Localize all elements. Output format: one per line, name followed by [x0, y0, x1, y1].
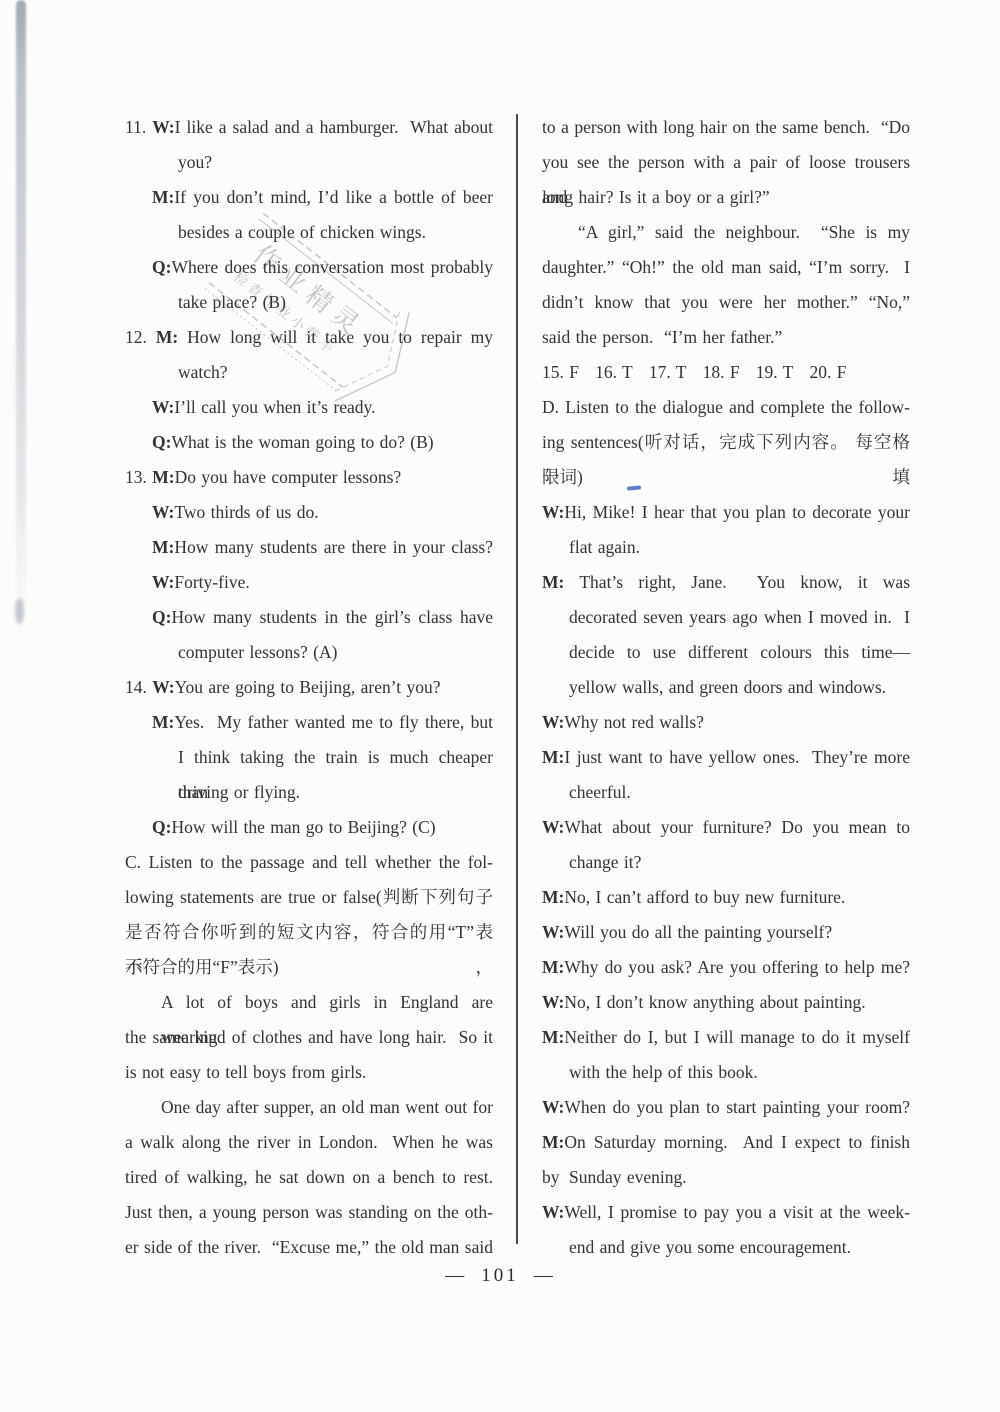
- line-text: Listen to the passage and tell whether t…: [149, 852, 493, 872]
- text-line: Q:How many students in the girl’s class …: [125, 600, 493, 635]
- text-line: to a person with long hair on the same b…: [542, 110, 910, 145]
- line-text: I just want to have yellow ones. They’re…: [564, 747, 910, 767]
- speaker-label: W:: [542, 502, 564, 522]
- text-line: W:No, I don’t know anything about painti…: [542, 985, 910, 1020]
- line-text: Will you do all the painting yourself?: [564, 922, 832, 942]
- line-text: How many students in the girl’s class ha…: [171, 607, 493, 627]
- line-text: One day after supper, an old man went ou…: [161, 1097, 493, 1117]
- text-line: 14. W:You are going to Beijing, aren’t y…: [125, 670, 493, 705]
- speaker-label: W:: [542, 992, 564, 1012]
- speaker-label: Q:: [152, 607, 171, 627]
- line-text: to a person with long hair on the same b…: [542, 117, 910, 137]
- text-line: Just then, a young person was standing o…: [125, 1195, 493, 1230]
- line-text: Listen to the dialogue and complete the …: [565, 397, 910, 417]
- line-text: Well, I promise to pay you a visit at th…: [564, 1202, 910, 1222]
- speaker-label: W:: [152, 572, 174, 592]
- text-line: take place? (B): [125, 285, 493, 320]
- text-line: M:Neither do I, but I will manage to do …: [542, 1020, 910, 1055]
- line-text: change it?: [569, 852, 641, 872]
- text-line: Q:How will the man go to Beijing? (C): [125, 810, 493, 845]
- line-text: end and give you some encouragement.: [569, 1237, 851, 1257]
- speaker-label: M:: [156, 327, 178, 347]
- line-text: No, I can’t afford to buy new furniture.: [564, 887, 845, 907]
- text-line: W:Why not red walls?: [542, 705, 910, 740]
- text-line: 15. F 16. T 17. T 18. F 19. T 20. F: [542, 355, 910, 390]
- text-line: tired of walking, he sat down on a bench…: [125, 1160, 493, 1195]
- item-number: 13.: [125, 467, 152, 487]
- footer-dash-left: —: [445, 1265, 466, 1286]
- line-text: with the help of this book.: [569, 1062, 758, 1082]
- line-text: is not easy to tell boys from girls.: [125, 1062, 366, 1082]
- text-line: M:Yes. My father wanted me to fly there,…: [125, 705, 493, 740]
- line-text: What is the woman going to do? (B): [171, 432, 433, 452]
- text-line: driving or flying.: [125, 775, 493, 810]
- speaker-label: M:: [542, 957, 564, 977]
- line-text: driving or flying.: [178, 782, 300, 802]
- text-line: “A girl,” said the neighbour. “She is my: [542, 215, 910, 250]
- text-line: 13. M:Do you have computer lessons?: [125, 460, 493, 495]
- line-text: said the person. “I’m her father.”: [542, 327, 782, 347]
- speaker-label: M:: [542, 1027, 564, 1047]
- text-line: didn’t know that you were her mother.” “…: [542, 285, 910, 320]
- line-text: decide to use different colours this tim…: [569, 642, 910, 662]
- text-line: M:Why do you ask? Are you offering to he…: [542, 950, 910, 985]
- speaker-label: W:: [542, 1097, 564, 1117]
- line-text: 一词): [542, 467, 583, 487]
- line-text: decorated seven years ago when I moved i…: [569, 607, 910, 627]
- text-line: M:How many students are there in your cl…: [125, 530, 493, 565]
- text-line: W:Well, I promise to pay you a visit at …: [542, 1195, 910, 1230]
- text-line: Q:What is the woman going to do? (B): [125, 425, 493, 460]
- text-line: M:I just want to have yellow ones. They’…: [542, 740, 910, 775]
- book-binding-shadow: [16, 0, 26, 620]
- text-line: I think taking the train is much cheaper…: [125, 740, 493, 775]
- line-text: Why not red walls?: [564, 712, 704, 732]
- text-line: decorated seven years ago when I moved i…: [542, 600, 910, 635]
- speaker-label: M:: [542, 1132, 564, 1152]
- text-line: C. Listen to the passage and tell whethe…: [125, 845, 493, 880]
- line-text: How will the man go to Beijing? (C): [171, 817, 435, 837]
- line-text: you?: [178, 152, 212, 172]
- text-line: you?: [125, 145, 493, 180]
- scanned-textbook-page: 作业精灵 检查作业小帮手 11. W:I like a salad and a …: [0, 0, 1000, 1412]
- text-line: W:I’ll call you when it’s ready.: [125, 390, 493, 425]
- text-line: daughter.” “Oh!” the old man said, “I’m …: [542, 250, 910, 285]
- text-line: you see the person with a pair of loose …: [542, 145, 910, 180]
- line-text: tired of walking, he sat down on a bench…: [125, 1167, 493, 1187]
- text-line: the same kind of clothes and have long h…: [125, 1020, 493, 1055]
- text-line: flat again.: [542, 530, 910, 565]
- speaker-label: Q:: [152, 817, 171, 837]
- speaker-label: M:: [152, 467, 174, 487]
- line-text: lowing statements are true or false(判断下列…: [125, 887, 493, 907]
- line-text: You are going to Beijing, aren’t you?: [175, 677, 441, 697]
- text-line: long hair? Is it a boy or a girl?”: [542, 180, 910, 215]
- line-text: Where does this conversation most probab…: [171, 257, 493, 277]
- speaker-label: W:: [152, 502, 174, 522]
- speaker-label: M:: [542, 887, 564, 907]
- line-text: didn’t know that you were her mother.” “…: [542, 292, 910, 312]
- line-text: Do you have computer lessons?: [175, 467, 402, 487]
- line-text: Two thirds of us do.: [174, 502, 318, 522]
- text-line: One day after supper, an old man went ou…: [125, 1090, 493, 1125]
- line-text: watch?: [178, 362, 228, 382]
- text-line: is not easy to tell boys from girls.: [125, 1055, 493, 1090]
- line-text: flat again.: [569, 537, 640, 557]
- text-line: W:Hi, Mike! I hear that you plan to deco…: [542, 495, 910, 530]
- text-line: change it?: [542, 845, 910, 880]
- line-text: No, I don’t know anything about painting…: [564, 992, 865, 1012]
- text-line: W:What about your furniture? Do you mean…: [542, 810, 910, 845]
- line-text: Just then, a young person was standing o…: [125, 1202, 493, 1222]
- text-line: computer lessons? (A): [125, 635, 493, 670]
- line-text: daughter.” “Oh!” the old man said, “I’m …: [542, 257, 910, 277]
- text-line: a walk along the river in London. When h…: [125, 1125, 493, 1160]
- text-line: lowing statements are true or false(判断下列…: [125, 880, 493, 915]
- line-text: I like a salad and a hamburger. What abo…: [175, 117, 493, 137]
- item-number: 12.: [125, 327, 156, 347]
- line-text: besides a couple of chicken wings.: [178, 222, 426, 242]
- text-line: ing sentences(听对话，完成下列内容。 每空格限填: [542, 425, 910, 460]
- text-line: 是否符合你听到的短文内容，符合的用“T”表示，: [125, 915, 493, 950]
- speaker-label: M:: [152, 187, 174, 207]
- line-text: er side of the river. “Excuse me,” the o…: [125, 1237, 493, 1257]
- line-text: Forty-five.: [174, 572, 249, 592]
- text-line: W:Will you do all the painting yourself?: [542, 915, 910, 950]
- line-text: That’s right, Jane. You know, it was: [564, 572, 910, 592]
- speaker-label: M:: [152, 712, 174, 732]
- line-text: How long will it take you to repair my: [178, 327, 493, 347]
- text-line: with the help of this book.: [542, 1055, 910, 1090]
- speaker-label: W:: [152, 677, 174, 697]
- line-text: 15. F 16. T 17. T 18. F 19. T 20. F: [542, 362, 846, 382]
- text-line: W:When do you plan to start painting you…: [542, 1090, 910, 1125]
- column-divider-rule: [516, 114, 518, 1244]
- line-text: long hair? Is it a boy or a girl?”: [542, 187, 770, 207]
- page-number: 101: [481, 1265, 519, 1286]
- speaker-label: Q:: [152, 257, 171, 277]
- text-line: M: That’s right, Jane. You know, it was: [542, 565, 910, 600]
- line-text: When do you plan to start painting your …: [564, 1097, 910, 1117]
- item-number: D.: [542, 397, 565, 417]
- left-text-column: 11. W:I like a salad and a hamburger. Wh…: [125, 110, 493, 1265]
- text-line: said the person. “I’m her father.”: [542, 320, 910, 355]
- speaker-label: W:: [542, 817, 564, 837]
- speaker-label: Q:: [152, 432, 171, 452]
- speaker-label: M:: [542, 572, 564, 592]
- text-line: cheerful.: [542, 775, 910, 810]
- line-text: I’ll call you when it’s ready.: [174, 397, 375, 417]
- speaker-label: W:: [542, 922, 564, 942]
- line-text: “A girl,” said the neighbour. “She is my: [578, 222, 910, 242]
- text-line: Q:Where does this conversation most prob…: [125, 250, 493, 285]
- text-line: yellow walls, and green doors and window…: [542, 670, 910, 705]
- footer-dash-right: —: [534, 1265, 555, 1286]
- line-text: cheerful.: [569, 782, 631, 802]
- text-line: 12. M: How long will it take you to repa…: [125, 320, 493, 355]
- line-text: If you don’t mind, I’d like a bottle of …: [174, 187, 493, 207]
- page-footer: —101—: [0, 1258, 1000, 1293]
- line-text: a walk along the river in London. When h…: [125, 1132, 493, 1152]
- line-text: the same kind of clothes and have long h…: [125, 1027, 493, 1047]
- text-line: watch?: [125, 355, 493, 390]
- line-text: yellow walls, and green doors and window…: [569, 677, 886, 697]
- line-text: How many students are there in your clas…: [174, 537, 493, 557]
- right-text-column: to a person with long hair on the same b…: [542, 110, 910, 1265]
- text-line: M:On Saturday morning. And I expect to f…: [542, 1125, 910, 1160]
- binding-smudge: [15, 598, 24, 624]
- line-text: Why do you ask? Are you offering to help…: [564, 957, 910, 977]
- speaker-label: W:: [542, 712, 564, 732]
- line-text: Yes. My father wanted me to fly there, b…: [174, 712, 493, 732]
- line-text: 不符合的用“F”表示): [125, 957, 279, 977]
- text-line: Sunday evening.: [542, 1160, 910, 1195]
- text-line: M:If you don’t mind, I’d like a bottle o…: [125, 180, 493, 215]
- speaker-label: M:: [152, 537, 174, 557]
- item-number: 14.: [125, 677, 152, 697]
- item-number: C.: [125, 852, 149, 872]
- speaker-label: W:: [152, 397, 174, 417]
- text-line: W:Two thirds of us do.: [125, 495, 493, 530]
- line-text: What about your furniture? Do you mean t…: [564, 817, 910, 837]
- line-text: ing sentences(听对话，完成下列内容。 每空格限填: [542, 432, 910, 487]
- speaker-label: W:: [152, 117, 174, 137]
- text-line: besides a couple of chicken wings.: [125, 215, 493, 250]
- text-line: decide to use different colours this tim…: [542, 635, 910, 670]
- item-number: 11.: [125, 117, 152, 137]
- line-text: Sunday evening.: [569, 1167, 687, 1187]
- line-text: take place? (B): [178, 292, 286, 312]
- text-line: W:Forty-five.: [125, 565, 493, 600]
- line-text: Neither do I, but I will manage to do it…: [564, 1027, 910, 1047]
- text-line: D. Listen to the dialogue and complete t…: [542, 390, 910, 425]
- text-line: A lot of boys and girls in England are w…: [125, 985, 493, 1020]
- line-text: computer lessons? (A): [178, 642, 337, 662]
- speaker-label: W:: [542, 1202, 564, 1222]
- line-text: Hi, Mike! I hear that you plan to decora…: [564, 502, 910, 522]
- text-line: 11. W:I like a salad and a hamburger. Wh…: [125, 110, 493, 145]
- text-line: M:No, I can’t afford to buy new furnitur…: [542, 880, 910, 915]
- speaker-label: M:: [542, 747, 564, 767]
